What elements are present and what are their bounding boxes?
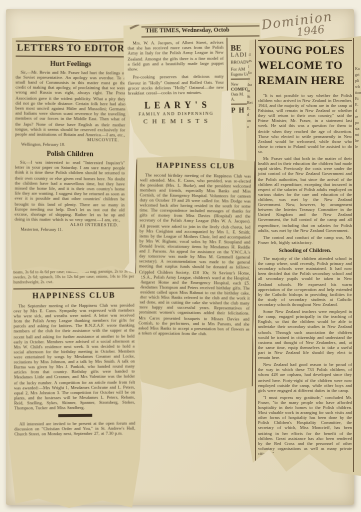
notice-paragraph: All interested are invited to be present… [14,420,135,436]
article-paragraph: The control and conduct of the camp was,… [258,235,352,245]
article-headline: YOUNG POLES WELCOME TO REMAIN HERE [258,40,352,89]
leary-chemists: C H E M I S T S [128,118,224,126]
club-title: HAPPINESS CLUB [13,287,134,300]
article-subhead: Schooling of Children. [258,248,352,254]
right-column-fragments: Ka gri pli wh tion Et E. d re po sta mi … [355,66,361,476]
article-paragraph: "It is not possible to say whether the P… [258,93,352,154]
letter-body-hurt-feelings: Sir,—Mr. Bevin and Mr. Fraser had hurt t… [15,69,125,138]
column-rule [353,38,354,472]
leary-name: L E A R Y ' S [128,100,224,111]
article-paragraph: Mr. Fraser said that both in the matter … [258,156,352,233]
club-article-body: The September meeting of the Happiness C… [13,302,135,410]
young-poles-article: YOUNG POLES WELCOME TO REMAIN HERE "It i… [258,40,352,456]
scrapbook-photo: Dominion 1946 d of ghtes 7 Fe ia, in st … [0,0,361,512]
leary-sub: FAMILY AND DISPENSING [128,111,224,117]
letter-body-polish-children: Sir,—I was interested to read "Intereste… [15,159,125,222]
headline-line: YOUNG POLES [258,44,352,59]
article-paragraph: New Zealand had good reason to be proud … [258,362,352,393]
times-paragraph-oatmeal: Pre-cooking preserves that delicious nut… [128,74,224,96]
times-header: THE TIMES, Wednesday, Octob [141,25,259,37]
club-article-body: The second birthday meeting of the Happi… [138,172,251,337]
section-divider [58,414,92,417]
newspaper-clipping-happiness-club-birthday: HAPPINESS CLUB The second birthday meeti… [132,155,257,392]
letter-title-polish-children: Polish Children [15,150,125,159]
letter-title-hurt-feelings: Hurt Feelings [16,60,126,69]
letter-dateline: Masterton, February 11. [14,227,124,233]
column-rule [226,38,228,98]
article-paragraph: Some New Zealand teachers were employed … [258,309,352,360]
article-paragraph: "I must express my gratitude," concluded… [258,395,352,456]
headline-line: WELCOME TO [258,59,352,74]
letters-masthead: LETTERS TO EDITOR [16,41,126,58]
text-fragment: le [355,144,361,150]
article-paragraph: The majority of the children attended sc… [258,256,352,307]
letter-dateline: Wellington, February 18. [15,142,125,148]
newspaper-clipping-young-poles: k ril crs d Ro m tha in St Rei E. d an o… [246,36,361,476]
times-main-column: Mrs. W. A. Jacques, of Albert Street, ad… [127,40,224,126]
club-title: HAPPINESS CLUB [140,160,251,170]
text-fragment: o [247,124,254,130]
headline-line: REMAIN HERE [258,74,352,89]
newspaper-clipping-letters-to-editor: LETTERS TO EDITOR Hurt Feelings Sir,—Mr.… [9,36,131,283]
times-paragraph-jacques: Mrs. W. A. Jacques, of Albert Street, ad… [127,40,223,72]
leary-ad: L E A R Y ' S FAMILY AND DISPENSING C H … [128,100,224,126]
newspaper-clipping-happiness-club-september: beans, 3s 6d to 4s 6d per case; carrots,… [7,266,143,509]
